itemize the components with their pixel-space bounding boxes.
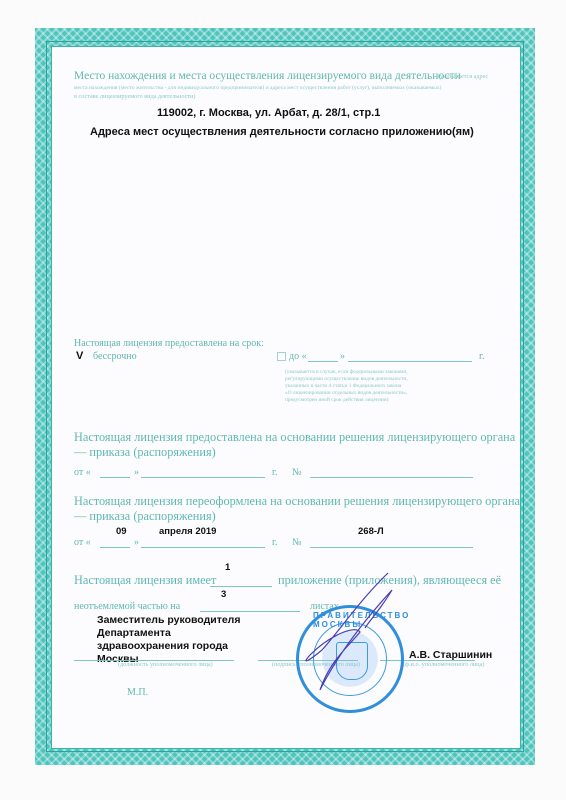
handwritten-signature-icon [0, 0, 566, 800]
